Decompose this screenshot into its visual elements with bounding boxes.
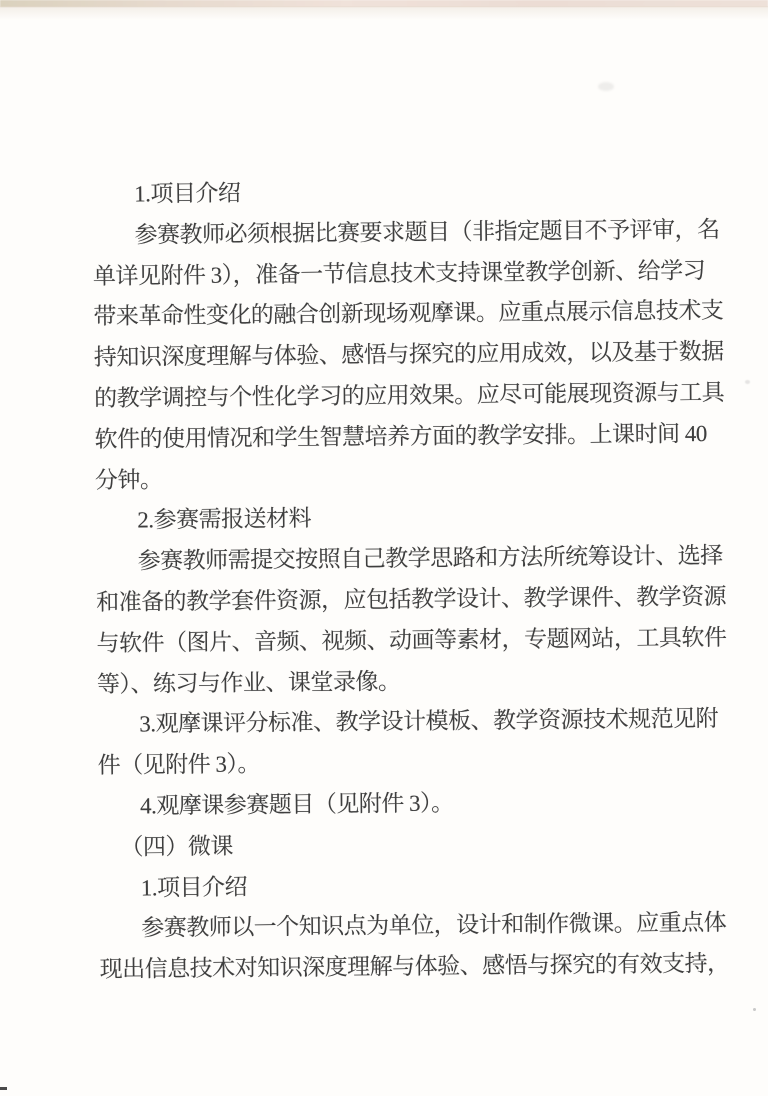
text-line: （四）微课 bbox=[98, 822, 708, 869]
scanned-document-page: 1.项目介绍 参赛教师必须根据比赛要求题目（非指定题目不予评审，名 单详见附件 … bbox=[0, 0, 768, 1096]
text-line: 持知识深度理解与体验、感悟与探究的应用成效，以及基于数据 bbox=[94, 332, 704, 379]
text-line: 的教学调控与个性化学习的应用效果。应尽可能展现资源与工具 bbox=[94, 373, 704, 420]
scan-artifact bbox=[745, 380, 750, 384]
text-line: 等）、练习与作业、课堂录像。 bbox=[97, 659, 707, 706]
text-line: 件（见附件 3）。 bbox=[97, 740, 707, 787]
text-line: 和准备的教学套件资源，应包括教学设计、教学课件、教学资源 bbox=[96, 577, 706, 624]
text-line: 参赛教师必须根据比赛要求题目（非指定题目不予评审，名 bbox=[92, 210, 702, 257]
text-line: 现出信息技术对知识深度理解与体验、感悟与探究的有效支持， bbox=[99, 944, 709, 991]
text-line: 3.观摩课评分标准、教学设计模板、教学资源技术规范见附 bbox=[97, 699, 707, 746]
text-line: 参赛教师需提交按照自己教学思路和方法所统筹设计、选择 bbox=[96, 536, 706, 583]
text-line: 2.参赛需报送材料 bbox=[95, 495, 705, 542]
text-line: 1.项目介绍 bbox=[92, 169, 702, 216]
text-line: 1.项目介绍 bbox=[99, 863, 709, 910]
scan-top-edge-fade bbox=[0, 6, 768, 20]
text-line: 与软件（图片、音频、视频、动画等素材，专题网站，工具软件 bbox=[96, 618, 706, 665]
scan-artifact bbox=[753, 1008, 756, 1011]
text-line: 单详见附件 3），准备一节信息技术支持课堂教学创新、给学习 bbox=[93, 251, 703, 298]
text-line: 参赛教师以一个知识点为单位，设计和制作微课。应重点体 bbox=[99, 903, 709, 950]
text-line: 带来革命性变化的融合创新现场观摩课。应重点展示信息技术支 bbox=[93, 291, 703, 338]
text-line: 分钟。 bbox=[95, 455, 705, 502]
text-line: 4.观摩课参赛题目（见附件 3）。 bbox=[98, 781, 708, 828]
scan-artifact bbox=[598, 82, 614, 91]
scan-artifact bbox=[0, 1087, 7, 1090]
document-body: 1.项目介绍 参赛教师必须根据比赛要求题目（非指定题目不予评审，名 单详见附件 … bbox=[92, 169, 710, 991]
text-line: 软件的使用情况和学生智慧培养方面的教学安排。上课时间 40 bbox=[94, 414, 704, 461]
